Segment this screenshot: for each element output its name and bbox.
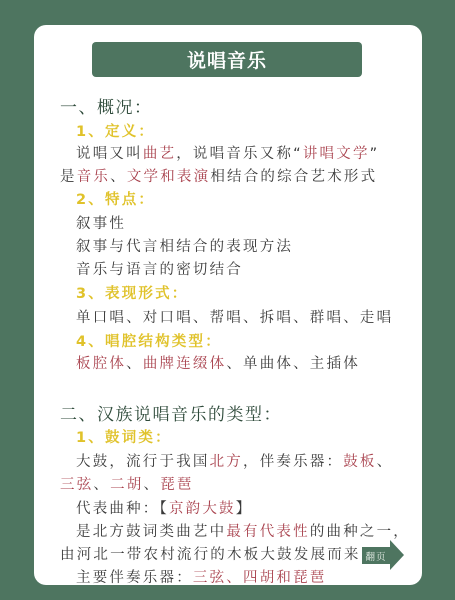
highlight-text: 京韵大鼓	[169, 501, 236, 517]
text-line: 是北方鼓词类曲艺中最有代表性的曲种之一，	[76, 520, 410, 541]
text-line: 说唱又叫曲艺，说唱音乐又称“讲唱文学”	[76, 142, 379, 163]
highlight-text: 三弦	[60, 477, 93, 493]
highlight-text: 曲牌连缀体	[143, 356, 227, 372]
highlight-text: 曲艺	[143, 146, 176, 162]
text-line: 是音乐、文学和表演相结合的综合艺术形式	[60, 165, 377, 186]
text-line: 板腔体、曲牌连缀体、单曲体、主插体	[76, 352, 360, 373]
body-text: 单口唱、对口唱、帮唱、拆唱、群唱、走唱	[76, 310, 393, 326]
body-text: 、	[126, 356, 143, 372]
subsection-heading: 1、鼓词类：	[76, 426, 172, 447]
highlight-text: 最有代表性	[226, 524, 310, 540]
subsection-heading: 4、唱腔结构类型：	[76, 330, 222, 351]
highlight-text: 二胡	[110, 477, 143, 493]
section-heading: 二、汉族说唱音乐的类型：	[60, 400, 282, 425]
text-line: 主要伴奏乐器：三弦、四胡和琵琶	[76, 566, 327, 587]
subsection-heading: 2、特点：	[76, 188, 155, 209]
body-text: 、	[377, 454, 394, 470]
highlight-text: 三弦、四胡和琵琶	[193, 570, 327, 586]
body-text: 说唱又叫	[76, 146, 143, 162]
body-text: 音乐与语言的密切结合	[76, 262, 243, 278]
text-line: 单口唱、对口唱、帮唱、拆唱、群唱、走唱	[76, 306, 393, 327]
body-text: 叙事性	[76, 216, 126, 232]
body-text: ”	[370, 146, 380, 162]
highlight-text: 北方	[210, 454, 243, 470]
highlight-text: 文学和表演	[127, 169, 211, 185]
text-line: 音乐与语言的密切结合	[76, 258, 243, 279]
body-text: 的曲种之一，	[310, 524, 410, 540]
highlight-text: 板腔体	[76, 356, 126, 372]
body-text: 、	[110, 169, 127, 185]
highlight-text: 鼓板	[343, 454, 376, 470]
text-line: 大鼓，流行于我国北方，伴奏乐器：鼓板、	[76, 450, 393, 471]
next-page-button[interactable]: 翻页	[362, 540, 406, 570]
body-text: 代表曲种：【	[76, 501, 169, 517]
body-text: 、单曲体、主插体	[226, 356, 360, 372]
text-line: 叙事性	[76, 212, 126, 233]
body-text: 是北方鼓词类曲艺中	[76, 524, 226, 540]
body-text: ，伴奏乐器：	[243, 454, 343, 470]
highlight-text: 琵琶	[160, 477, 193, 493]
body-text: ，说唱音乐又称“	[176, 146, 303, 162]
body-text: 、	[144, 477, 161, 493]
page-title: 说唱音乐	[92, 42, 362, 77]
highlight-text: 讲唱文学	[303, 146, 370, 162]
next-page-label: 翻页	[362, 547, 390, 564]
subsection-heading: 1、定义：	[76, 120, 155, 141]
arrow-right-icon	[390, 540, 404, 570]
text-line: 由河北一带农村流行的木板大鼓发展而来	[60, 543, 361, 564]
subsection-heading: 3、表现形式：	[76, 282, 189, 303]
body-text: 】	[236, 501, 253, 517]
body-text: 相结合的综合艺术形式	[210, 169, 377, 185]
text-line: 叙事与代言相结合的表现方法	[76, 235, 293, 256]
text-line: 三弦、二胡、琵琶	[60, 473, 194, 494]
highlight-text: 音乐	[77, 169, 110, 185]
body-text: 主要伴奏乐器：	[76, 570, 193, 586]
section-heading: 一、概况：	[60, 93, 153, 118]
body-text: 、	[93, 477, 110, 493]
body-text: 大鼓，流行于我国	[76, 454, 210, 470]
text-line: 代表曲种：【京韵大鼓】	[76, 497, 252, 518]
body-text: 由河北一带农村流行的木板大鼓发展而来	[60, 547, 361, 563]
body-text: 叙事与代言相结合的表现方法	[76, 239, 293, 255]
body-text: 是	[60, 169, 77, 185]
